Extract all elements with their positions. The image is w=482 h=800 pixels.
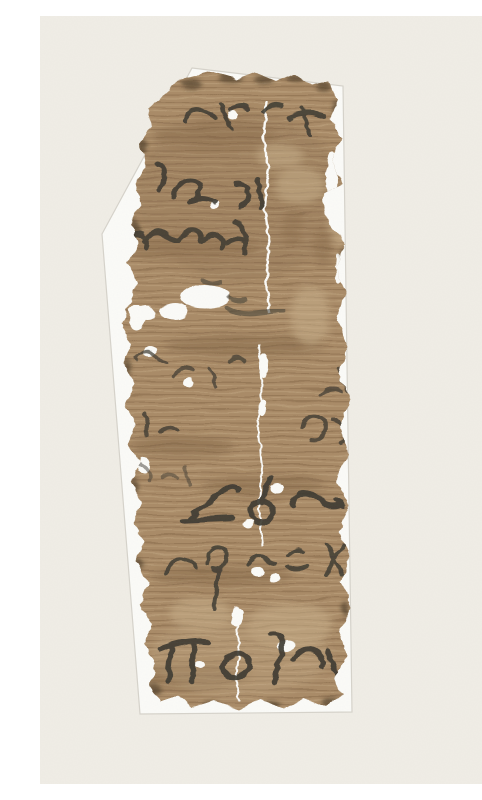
papyrus-scan-canvas [40,16,482,784]
scan-grain-overlay [40,16,482,784]
papyrus-scan-image [40,16,482,784]
